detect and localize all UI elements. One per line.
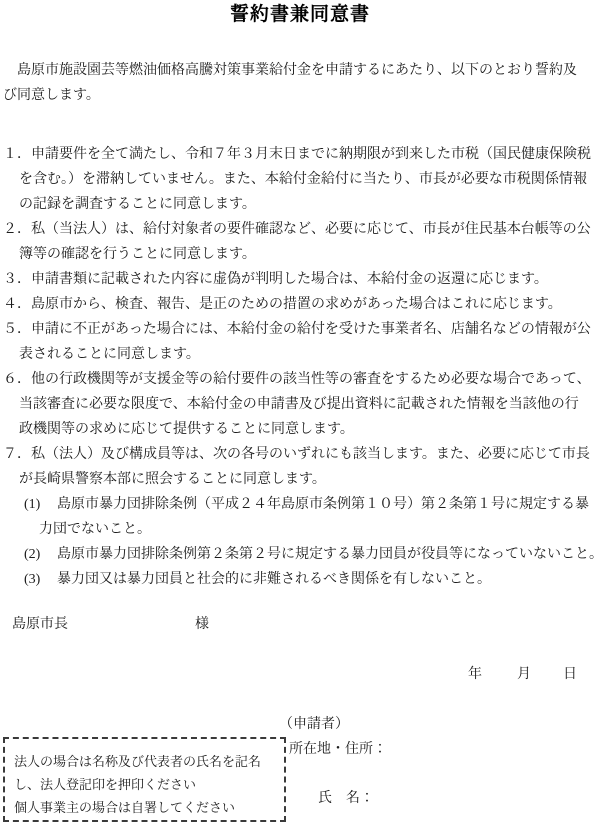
item-text: 私（当法人）は、給付対象者の要件確認など、必要に応じて、市長が住民基本台帳等の公: [31, 222, 591, 237]
list-item-1: １．申請要件を全て満たし、令和７年３月末日までに納期限が到来した市税（国民健康保…: [3, 142, 597, 217]
pledge-consent-form: 誓約書兼同意書 島原市施設園芸等燃油価格高騰対策事業給付金を申請するにあたり、以…: [0, 0, 607, 826]
item-text: 申請に不正があった場合には、本給付金の給付を受けた事業者名、店舗名などの情報が公: [31, 322, 591, 337]
sub-item-3: (3)暴力団又は暴力団員と社会的に非難されるべき関係を有しないこと。: [3, 567, 597, 592]
item-text: 簿等の確認を行うことに同意します。: [3, 242, 597, 267]
item-text: 表されることに同意します。: [3, 342, 597, 367]
signature-instruction-box: 法人の場合は名称及び代表者の氏名を記名 し、法人登記印を押印ください 個人事業主…: [3, 737, 286, 822]
list-item-2: ２．私（当法人）は、給付対象者の要件確認など、必要に応じて、市長が住民基本台帳等…: [3, 217, 597, 267]
item-number: ４．: [3, 292, 31, 317]
sub-item-2: (2)島原市暴力団排除条例第２条第２号に規定する暴力団員が役員等になっていないこ…: [3, 542, 597, 567]
sub-item-number: (2): [24, 542, 57, 567]
addressee: 島原市長: [12, 617, 68, 632]
date-line: 年月日: [3, 662, 597, 687]
note-line: し、法人登記印を押印ください: [14, 773, 278, 796]
sub-item-text: 島原市暴力団排除条例第２条第２号に規定する暴力団員が役員等になっていないこと。: [57, 547, 603, 562]
item-number: １．: [3, 142, 31, 167]
intro-line: 島原市施設園芸等燃油価格高騰対策事業給付金を申請するにあたり、以下のとおり誓約及: [3, 58, 597, 83]
month-label: 月: [517, 667, 531, 682]
item-text: が長崎県警察本部に照会することに同意します。: [3, 467, 597, 492]
list-item-3: ３．申請書類に記載された内容に虚偽が判明した場合は、本給付金の返還に応じます。: [3, 267, 597, 292]
sub-item-number: (1): [24, 492, 57, 517]
sub-item-text: 力団でないこと。: [3, 517, 597, 542]
item-text: 他の行政機関等が支援金等の給付要件の該当性等の審査をするため必要な場合であって、: [31, 372, 591, 387]
name-label: 氏 名：: [318, 786, 597, 811]
list-item-5: ５．申請に不正があった場合には、本給付金の給付を受けた事業者名、店舗名などの情報…: [3, 317, 597, 367]
applicant-label: （申請者）: [279, 712, 597, 737]
note-line: 個人事業主の場合は自署してください: [14, 796, 278, 819]
intro-line: び同意します。: [3, 83, 597, 108]
item-text: 申請書類に記載された内容に虚偽が判明した場合は、本給付金の返還に応じます。: [31, 272, 548, 287]
item-text: を含む。）を滞納していません。また、本給付金給付に当たり、市長が必要な市税関係情…: [3, 167, 597, 192]
item-text: の記録を調査することに同意します。: [3, 192, 597, 217]
year-label: 年: [468, 667, 482, 682]
note-line: 法人の場合は名称及び代表者の氏名を記名: [14, 750, 278, 773]
intro-paragraph: 島原市施設園芸等燃油価格高騰対策事業給付金を申請するにあたり、以下のとおり誓約及…: [3, 58, 597, 108]
item-text: 政機関等の求めに応じて提供することに同意します。: [3, 417, 597, 442]
list-item-4: ４．島原市から、検査、報告、是正のための措置の求めがあった場合はこれに応じます。: [3, 292, 597, 317]
page-title: 誓約書兼同意書: [3, 0, 597, 27]
item-number: ３．: [3, 267, 31, 292]
addressee-honorific: 様: [195, 617, 209, 632]
sub-item-1: (1)島原市暴力団排除条例（平成２４年島原市条例第１０号）第２条第１号に規定する…: [3, 492, 597, 542]
sub-item-text: 暴力団又は暴力団員と社会的に非難されるべき関係を有しないこと。: [57, 572, 491, 587]
sub-item-number: (3): [24, 567, 57, 592]
list-item-6: ６．他の行政機関等が支援金等の給付要件の該当性等の審査をするため必要な場合であっ…: [3, 367, 597, 442]
item-text: 私（法人）及び構成員等は、次の各号のいずれにも該当します。また、必要に応じて市長: [31, 447, 590, 462]
day-label: 日: [563, 667, 577, 682]
item-number: ７．: [3, 442, 31, 467]
address-label: 所在地・住所：: [289, 737, 597, 762]
item-text: 島原市から、検査、報告、是正のための措置の求めがあった場合はこれに応じます。: [31, 297, 562, 312]
item-number: ２．: [3, 217, 31, 242]
item-number: ５．: [3, 317, 31, 342]
item-number: ６．: [3, 367, 31, 392]
sub-item-text: 島原市暴力団排除条例（平成２４年島原市条例第１０号）第２条第１号に規定する暴: [57, 497, 589, 512]
addressee-line: 島原市長様: [12, 612, 597, 637]
item-text: 申請要件を全て満たし、令和７年３月末日までに納期限が到来した市税（国民健康保険税: [31, 147, 591, 162]
list-item-7: ７．私（法人）及び構成員等は、次の各号のいずれにも該当します。また、必要に応じて…: [3, 442, 597, 492]
pledge-list: １．申請要件を全て満たし、令和７年３月末日までに納期限が到来した市税（国民健康保…: [3, 142, 597, 592]
item-text: 当該審査に必要な限度で、本給付金の申請書及び提出資料に記載された情報を当該他の行: [3, 392, 597, 417]
